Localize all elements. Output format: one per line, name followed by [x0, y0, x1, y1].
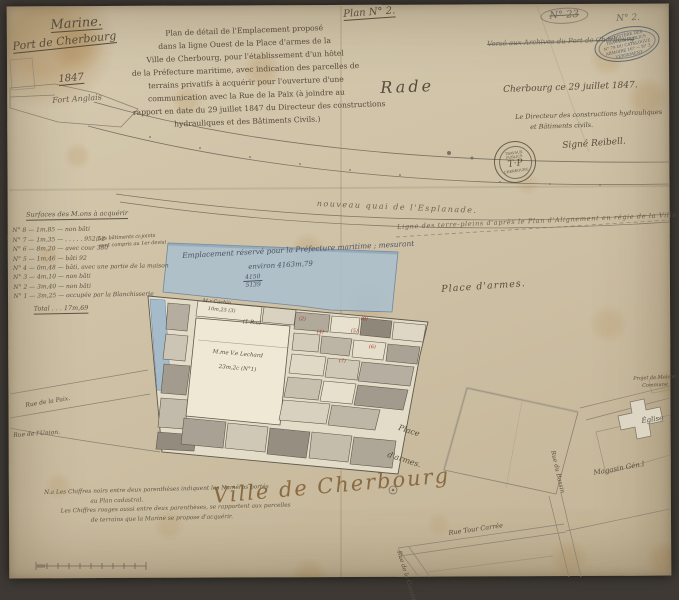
red-parcel-mark: (7) — [338, 358, 346, 365]
red-parcel-mark: (4) — [316, 329, 324, 336]
south-streets — [398, 493, 670, 577]
surface-legend: Surfaces des M.ons à acquérir N° 8 — 1m,… — [12, 208, 169, 314]
scanned-map-page: { "header": { "marine": "Marine.", "port… — [0, 0, 679, 600]
rade-label: Rade — [380, 76, 434, 97]
red-parcel-mark: (2) — [298, 316, 306, 323]
city-block — [148, 296, 428, 474]
red-parcel-mark: (8) — [360, 316, 368, 323]
reserved-area-fraction: 4150 5139 — [243, 273, 263, 289]
legend-row: N° 1 — 3m,25 — occupée par la Blanchisse… — [13, 290, 169, 302]
scale-bar — [36, 562, 146, 570]
red-parcel-mark: (6) — [368, 344, 376, 351]
legend-title: Surfaces des M.ons à acquérir — [26, 208, 168, 220]
nota-block: N.a Les Chiffres noirs entre deux parent… — [44, 483, 291, 527]
fraction-denominator: 5139 — [243, 281, 263, 289]
east-streets — [580, 386, 670, 474]
title-block: Plan de détail de l'Emplacement proposé … — [130, 20, 361, 132]
map-layer: Marine. Port de Cherbourg 1847 Plan de d… — [0, 0, 679, 600]
west-streets — [10, 370, 160, 452]
fort-anglais-outline — [10, 58, 138, 127]
archive-number: N° 2. — [616, 13, 640, 24]
year-label: 1847 — [58, 72, 84, 85]
red-parcel-mark: (5) — [350, 328, 358, 335]
